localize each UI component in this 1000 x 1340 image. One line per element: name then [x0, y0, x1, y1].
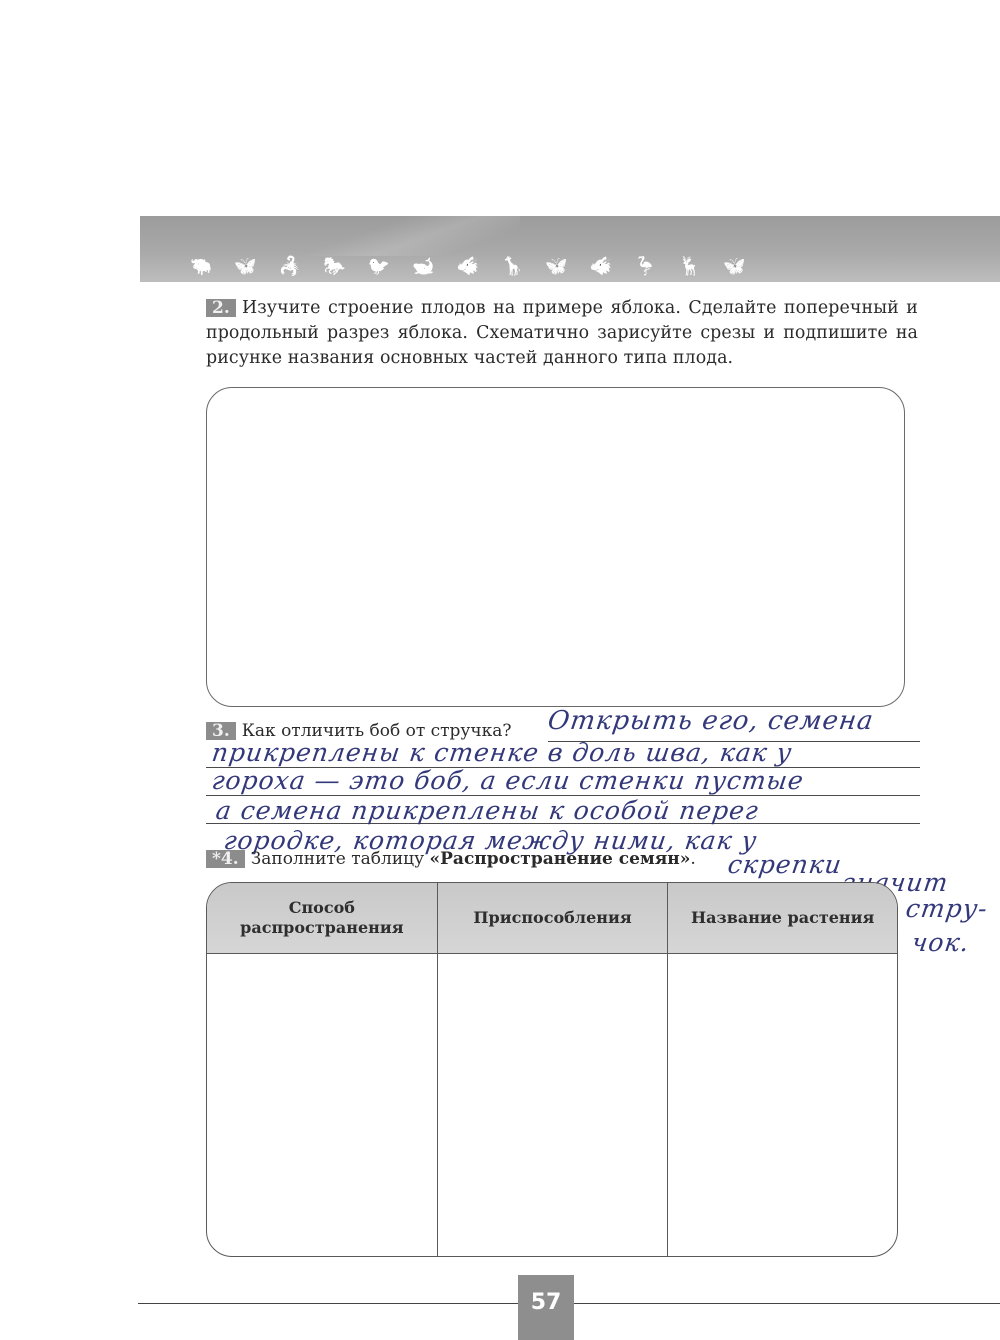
- banner-mountain-shading: [260, 216, 520, 256]
- seed-dispersal-table: Способ распространения Приспособления На…: [206, 882, 898, 1257]
- handwritten-line-6: скрепки: [726, 850, 844, 880]
- animal-silhouette-icon: 🐗: [457, 258, 479, 276]
- header-adaptations: Приспособления: [437, 883, 668, 954]
- handwritten-line-2: прикреплены к стенке в доль шва, как у: [210, 738, 794, 768]
- header-banner: 🐃🦋🦂🐎🐦🐋🐗🦒🦋🐗🦩🦌🦋: [140, 216, 1000, 282]
- animal-silhouette-icon: 🦂: [279, 258, 301, 276]
- animal-silhouette-icon: 🐋: [412, 258, 434, 276]
- task-4-prefix: Заполните таблицу: [251, 849, 430, 869]
- handwritten-line-3: гороха — это боб, а если стенки пустые: [210, 766, 806, 796]
- handwritten-line-8: стру-: [904, 894, 990, 924]
- header-dispersal-method: Способ распространения: [207, 883, 437, 954]
- animal-silhouette-icon: 🦩: [634, 258, 656, 276]
- table-row: [207, 954, 897, 1257]
- handwritten-line-4: а семена прикреплены к особой перег: [214, 796, 761, 826]
- animal-silhouettes: 🐃🦋🦂🐎🐦🐋🐗🦒🦋🐗🦩🦌🦋: [190, 258, 745, 276]
- animal-silhouette-icon: 🐎: [323, 258, 345, 276]
- task-4: *4.Заполните таблицу «Распространение се…: [206, 848, 696, 870]
- handwritten-line-1: Открыть его, семена: [546, 706, 876, 736]
- cell-plant-name[interactable]: [668, 954, 897, 1257]
- animal-silhouette-icon: 🐦: [368, 258, 390, 276]
- task-4-suffix: .: [690, 849, 695, 869]
- task-2-number: 2.: [206, 299, 236, 317]
- animal-silhouette-icon: 🐗: [590, 258, 612, 276]
- handwritten-line-9: чок.: [910, 928, 972, 958]
- animal-silhouette-icon: 🦒: [501, 258, 523, 276]
- animal-silhouette-icon: 🦋: [545, 258, 567, 276]
- header-plant-name: Название растения: [668, 883, 897, 954]
- task-2-text: Изучите строение плодов на примере яблок…: [206, 298, 918, 368]
- animal-silhouette-icon: 🐃: [190, 258, 212, 276]
- animal-silhouette-icon: 🦋: [234, 258, 256, 276]
- drawing-area[interactable]: [206, 387, 905, 707]
- cell-adaptations[interactable]: [437, 954, 668, 1257]
- cell-dispersal-method[interactable]: [207, 954, 437, 1257]
- page-number: 57: [518, 1275, 574, 1340]
- task-4-number: *4.: [206, 850, 245, 868]
- task-4-table-title: «Распространение семян»: [430, 849, 691, 869]
- task-2: 2.Изучите строение плодов на примере ябл…: [206, 296, 918, 371]
- animal-silhouette-icon: 🦋: [723, 258, 745, 276]
- animal-silhouette-icon: 🦌: [679, 258, 701, 276]
